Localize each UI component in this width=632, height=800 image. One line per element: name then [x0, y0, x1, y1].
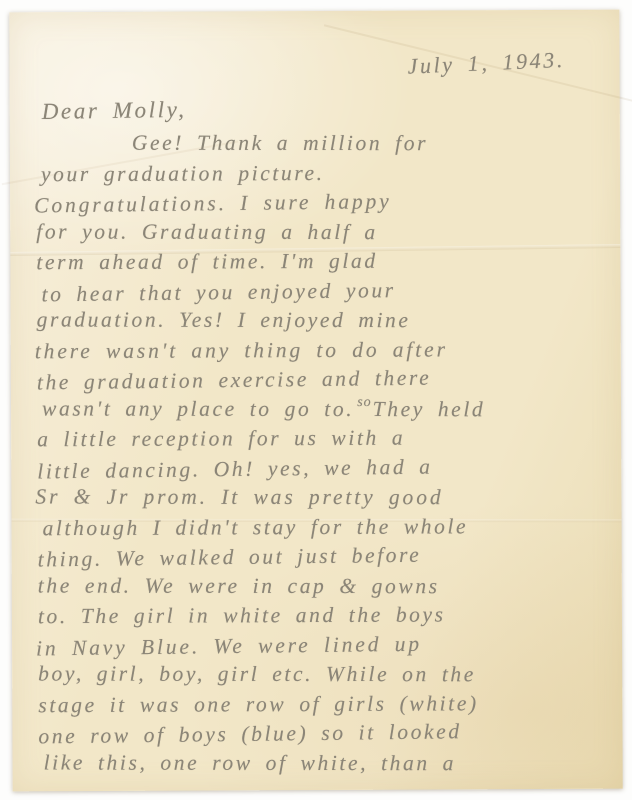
letter-line-with-insertion: wasn't any place to go to.soThey held	[42, 394, 603, 424]
letter-line: to hear that you enjoyed your	[41, 273, 602, 309]
letter-salutation: Dear Molly,	[42, 97, 187, 125]
letter-line: the graduation exercise and there	[37, 362, 603, 398]
letter-line-text: wasn't any place to go to.	[42, 396, 354, 421]
letter-line: for you. Graduating a half a	[36, 217, 602, 247]
letter-line: boy, girl, boy, girl etc. While on the	[38, 659, 604, 689]
letter-line: Gee! Thank a million for	[36, 128, 602, 158]
letter-line: there wasn't any thing to do after	[35, 334, 603, 366]
letter-line: although I didn't stay for the whole	[42, 511, 603, 543]
letter-line: stage it was one row of girls (white)	[38, 688, 604, 720]
letter-line: your graduation picture.	[41, 157, 602, 189]
letter-paper: July 1, 1943. Dear Molly, Gee! Thank a m…	[9, 10, 622, 792]
letter-line: in Navy Blue. We were lined up	[36, 627, 604, 663]
letter-line: thing. We walked out just before	[38, 539, 604, 575]
letter-date: July 1, 1943.	[407, 47, 565, 80]
letter-line: to. The girl in white and the boys	[38, 600, 604, 632]
letter-line: like this, one row of white, than a	[44, 748, 605, 778]
inserted-word-above-line: so	[357, 388, 372, 418]
letter-line: term ahead of time. I'm glad	[36, 246, 602, 278]
letter-line: the end. We were in cap & gowns	[38, 571, 604, 601]
letter-line: graduation. Yes! I enjoyed mine	[37, 305, 603, 335]
scanned-letter-page: July 1, 1943. Dear Molly, Gee! Thank a m…	[0, 0, 632, 800]
letter-line: a little reception for us with a	[37, 423, 603, 455]
letter-line: Congratulations. I sure happy	[34, 185, 602, 221]
letter-line: one row of boys (blue) so it looked	[38, 716, 604, 752]
letter-line-text: They held	[373, 397, 486, 421]
letter-body: Gee! Thank a million for your graduation…	[36, 128, 605, 779]
letter-line: Sr & Jr prom. It was pretty good	[35, 482, 603, 512]
letter-line: little dancing. Oh! yes, we had a	[37, 450, 603, 486]
